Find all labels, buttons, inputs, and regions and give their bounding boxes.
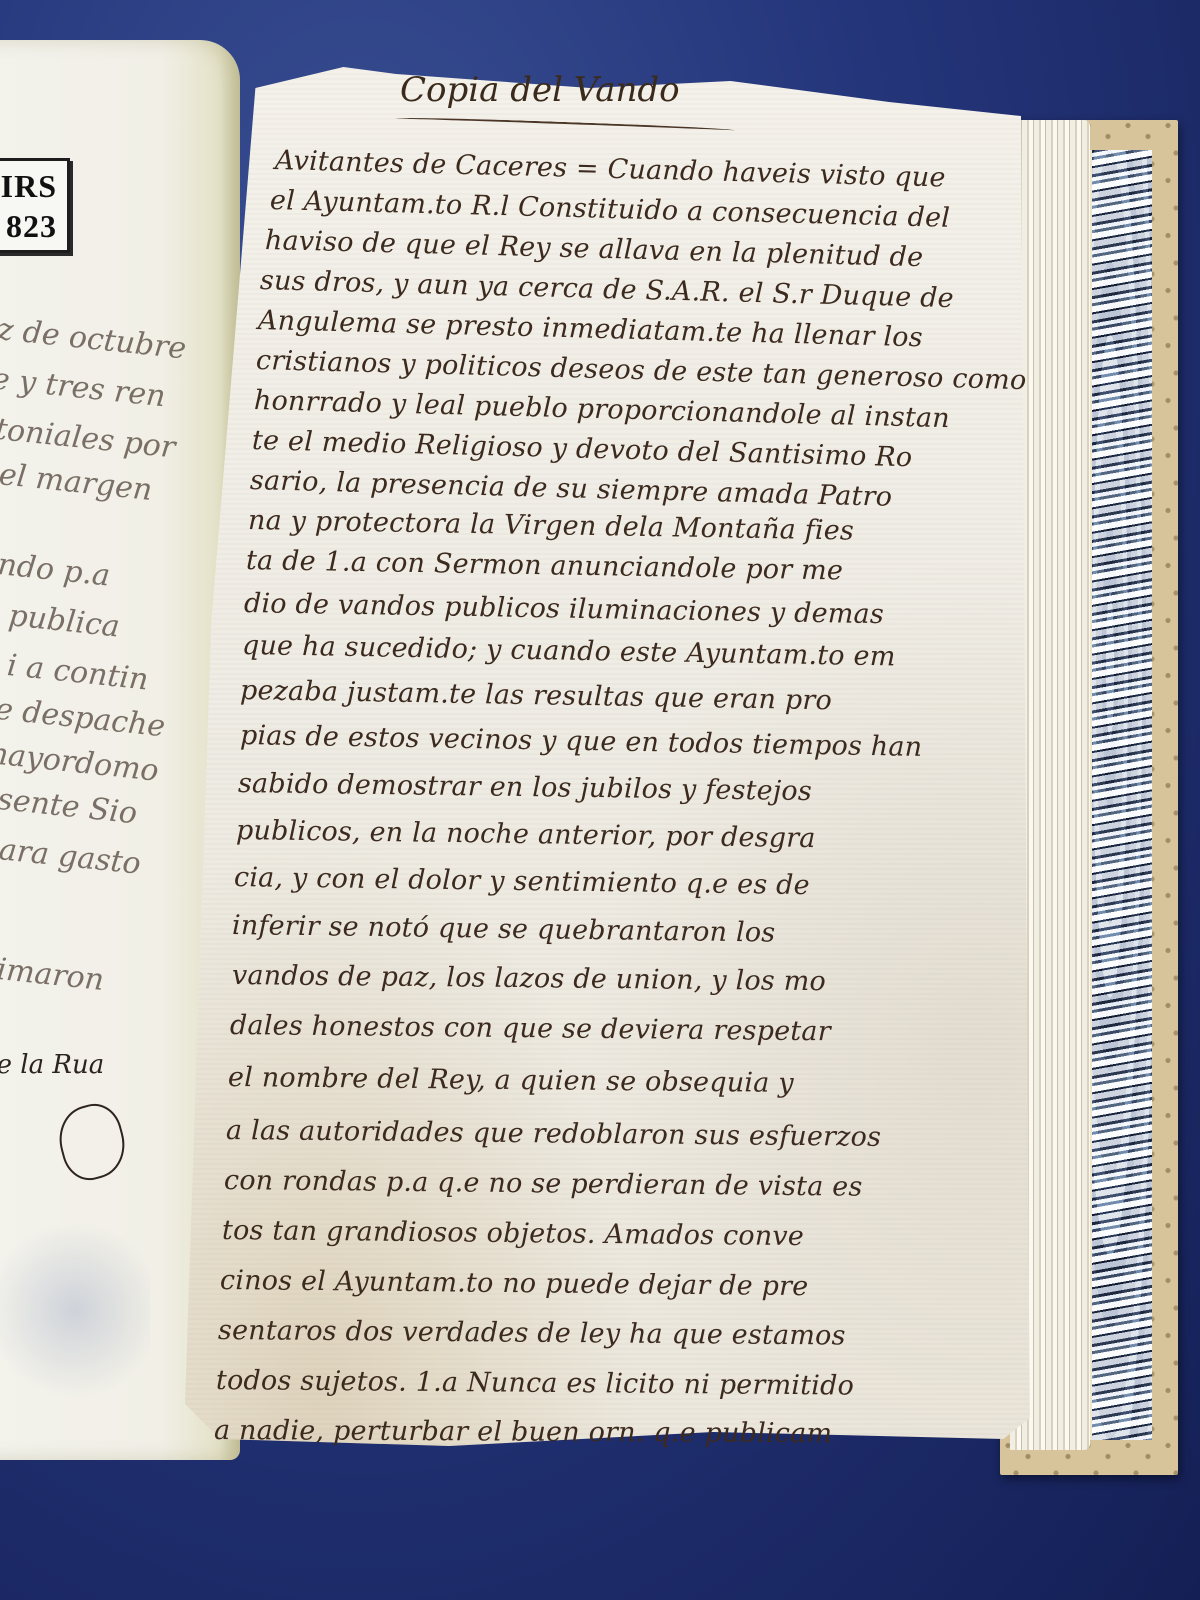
manuscript-line: tos tan grandiosos objetos. Amados conve [222,1215,804,1252]
left-fragment: esente Sio [0,780,139,831]
left-fragment: mayordomo [0,735,160,789]
manuscript-line: sentaros dos verdades de ley ha que esta… [218,1315,846,1351]
left-fragment: se despache [0,690,167,744]
manuscript-line: vandos de paz, los lazos de union, y los… [232,960,826,997]
page-title: Copia del Vando [400,70,680,110]
left-fragment: ez de octubre [0,310,188,366]
left-fragment: ando p.a [0,545,112,593]
manuscript-line: dales honestos con que se deviera respet… [230,1010,831,1047]
left-fragment: stoniales por [0,410,177,465]
left-fragment: para gasto [0,830,142,882]
manuscript-photo: IRS 823 ez de octubre te y tres ren ston… [0,0,1200,1600]
manuscript-line: a nadie, perturbar el buen orn. q.e publ… [214,1415,832,1449]
manuscript-line: cinos el Ayuntam.to no puede dejar de pr… [220,1265,809,1302]
manuscript-line: el nombre del Rey, a quien se obsequia y [228,1062,794,1099]
manuscript-line: todos sujetos. 1.a Nunca es licito ni pe… [216,1365,854,1402]
left-fragment: d publica [0,595,121,644]
left-fragment: ximaron [0,950,106,998]
signature: de la Rua [0,1050,104,1080]
left-fragment: a i a contin [0,645,150,697]
marbled-endpaper [1090,150,1152,1440]
left-fragment: del margen [0,455,154,508]
left-fragment: te y tres ren [0,360,167,414]
